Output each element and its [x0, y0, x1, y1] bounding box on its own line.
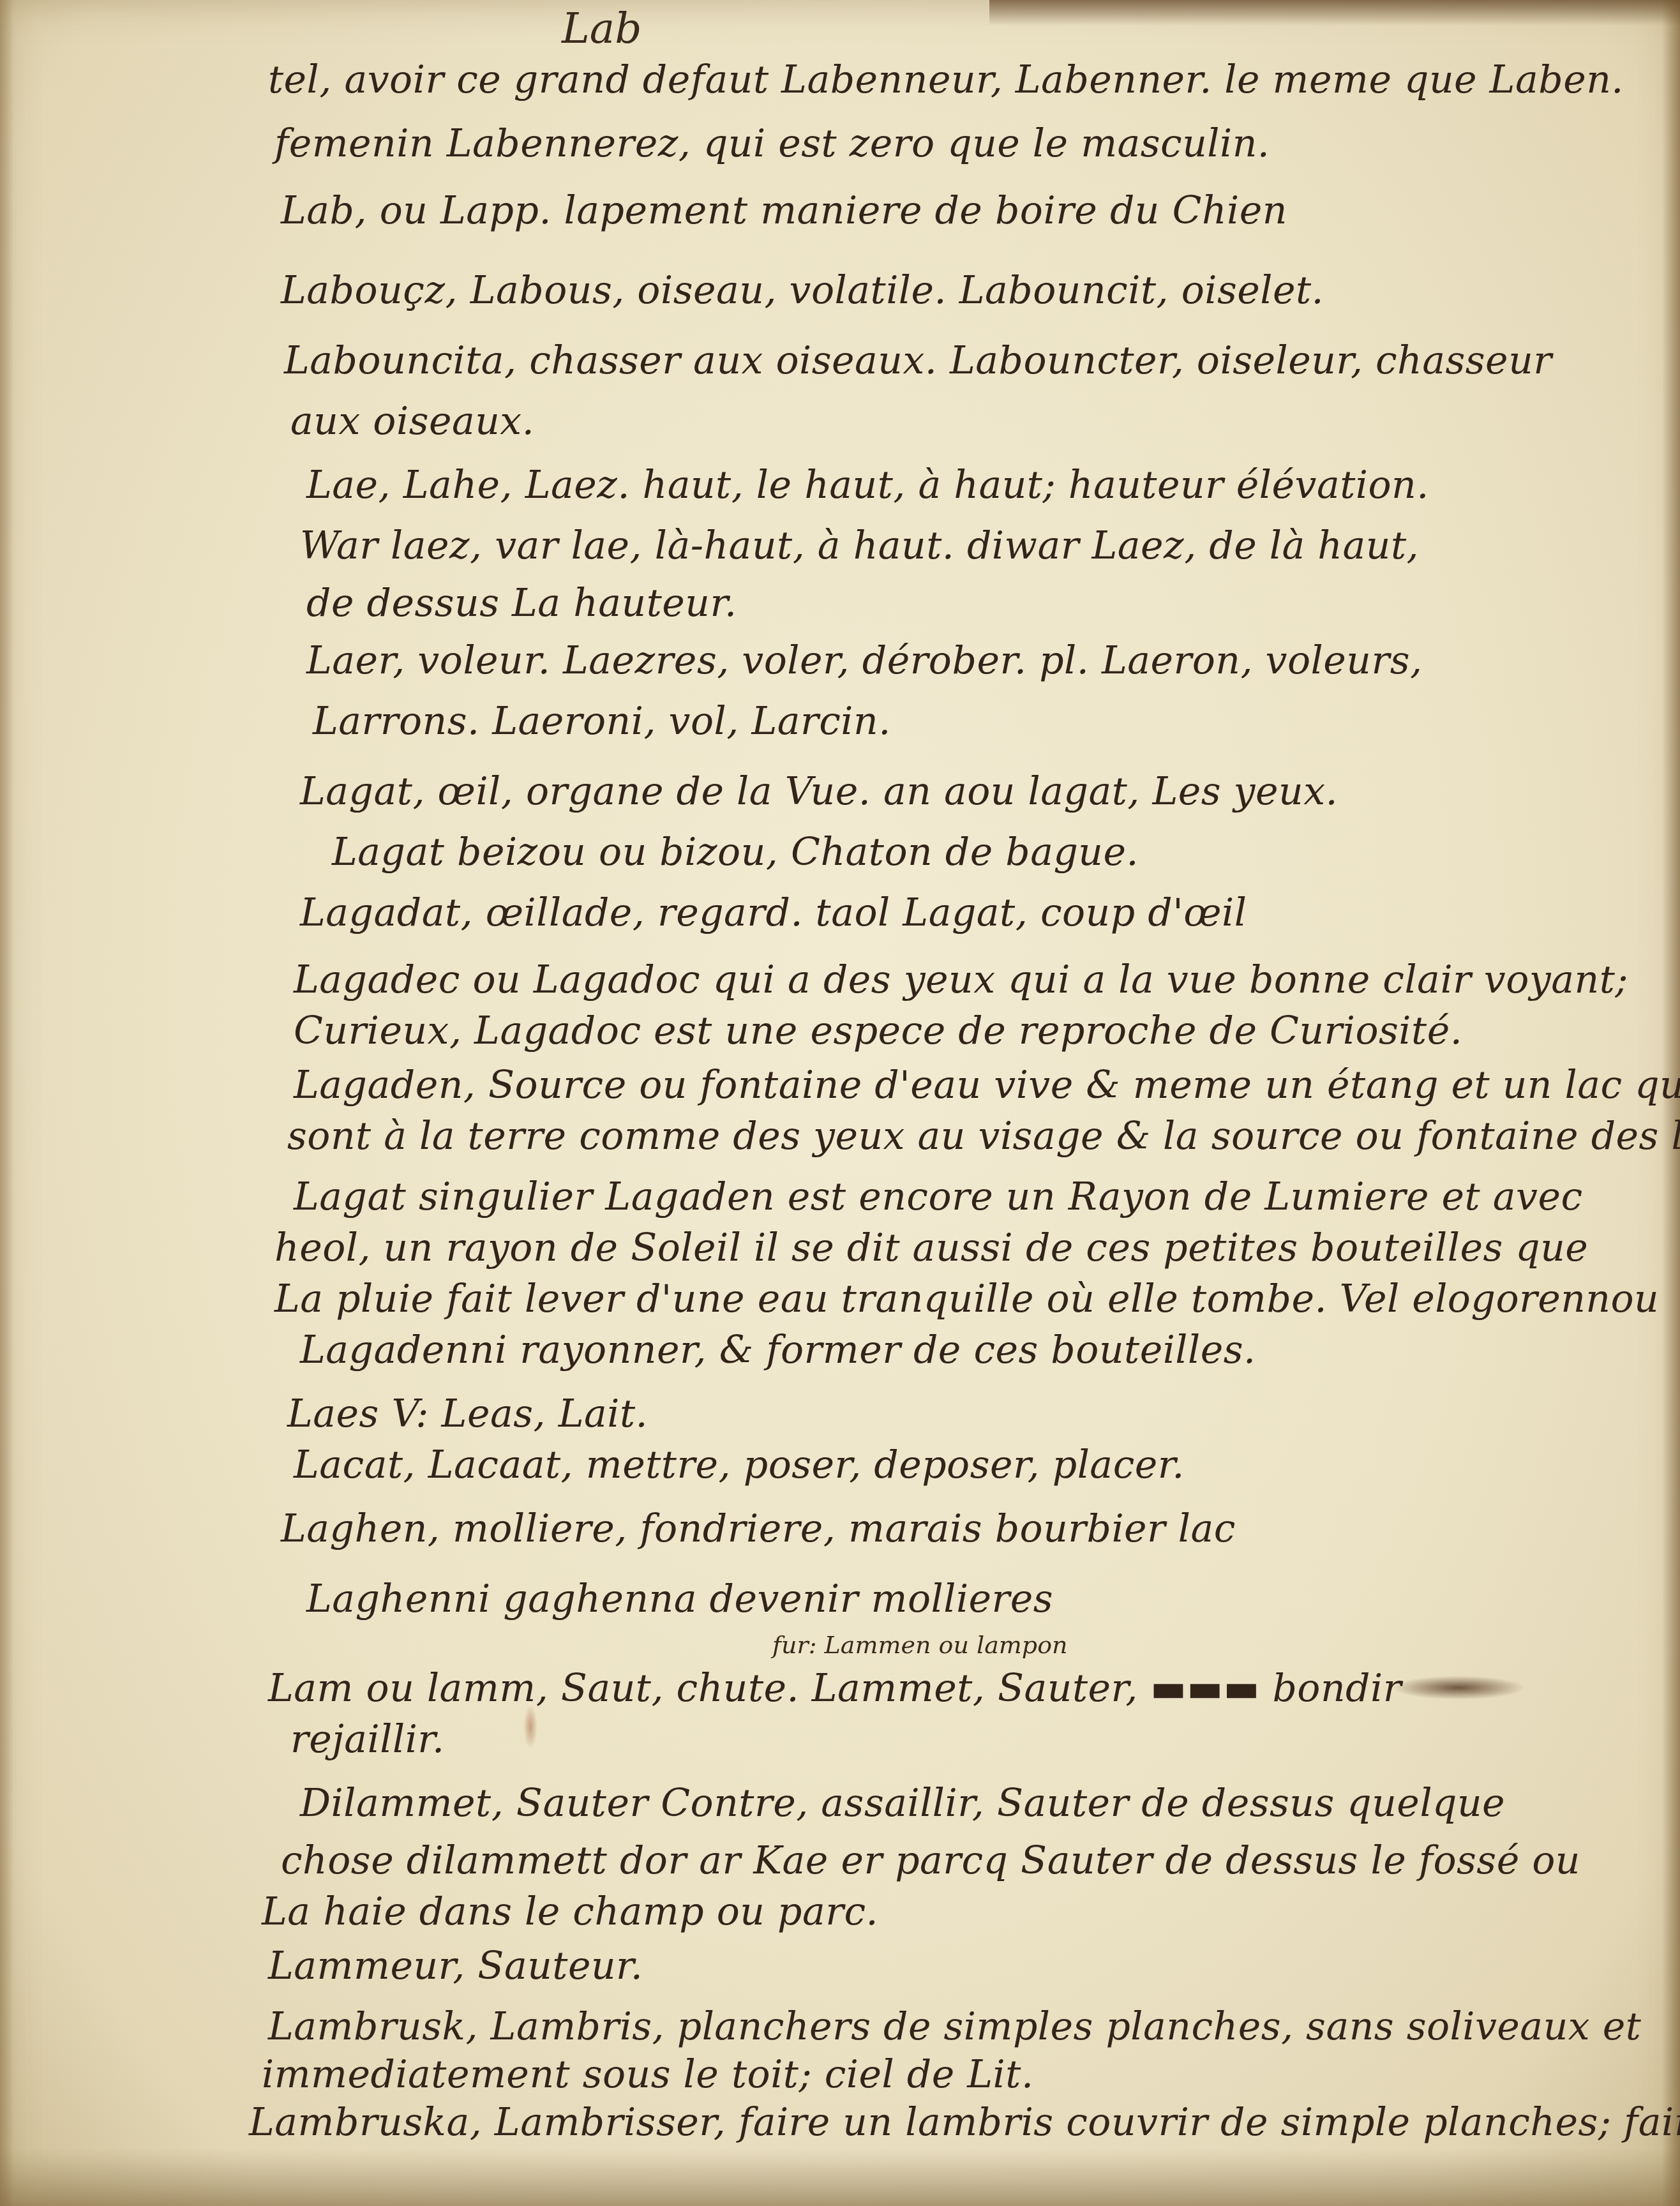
rust-stain [523, 1704, 537, 1749]
manuscript-line: Laes V: Leas, Lait. [287, 1392, 648, 1436]
manuscript-line: heol, un rayon de Soleil il se dit aussi… [274, 1226, 1588, 1270]
manuscript-line: Lagat beizou ou bizou, Chaton de bague. [332, 830, 1139, 874]
left-page-edge [0, 0, 14, 2206]
manuscript-line: Dilammet, Sauter Contre, assaillir, Saut… [300, 1781, 1505, 1826]
bottom-water-stain [0, 2149, 1680, 2206]
manuscript-line: Lagadec ou Lagadoc qui a des yeux qui a … [294, 957, 1628, 1002]
manuscript-line: rejaillir. [290, 1717, 444, 1762]
manuscript-line: Lagadat, œillade, regard. taol Lagat, co… [300, 890, 1247, 935]
manuscript-line: Labouncita, chasser aux oiseaux. Labounc… [284, 338, 1552, 383]
manuscript-page: Lab tel, avoir ce grand defaut Labenneur… [0, 0, 1680, 2206]
manuscript-line: tel, avoir ce grand defaut Labenneur, La… [268, 57, 1624, 102]
manuscript-line: Lagat, œil, organe de la Vue. an aou lag… [300, 769, 1338, 814]
manuscript-line: Curieux, Lagadoc est une espece de repro… [294, 1009, 1462, 1053]
manuscript-line: Lagat singulier Lagaden est encore un Ra… [294, 1174, 1583, 1219]
manuscript-line: Lagaden, Source ou fontaine d'eau vive &… [294, 1063, 1680, 1107]
manuscript-line: femenin Labennerez, qui est zero que le … [274, 121, 1270, 166]
manuscript-line: Laghenni gaghenna devenir mollieres [306, 1577, 1053, 1621]
manuscript-line: Labouçz, Labous, oiseau, volatile. Labou… [281, 268, 1324, 313]
manuscript-line: Lam ou lamm, Saut, chute. Lammet, Sauter… [268, 1666, 1402, 1711]
manuscript-line: La pluie fait lever d'une eau tranquille… [274, 1277, 1659, 1321]
manuscript-line: Lacat, Lacaat, mettre, poser, deposer, p… [294, 1443, 1185, 1487]
manuscript-line: Laer, voleur. Laezres, voler, dérober. p… [306, 638, 1423, 683]
manuscript-line: Lab, ou Lapp. lapement maniere de boire … [281, 188, 1287, 233]
manuscript-line: La haie dans le champ ou parc. [262, 1889, 878, 1934]
manuscript-line: sont à la terre comme des yeux au visage… [287, 1114, 1680, 1159]
manuscript-line: Lammeur, Sauteur. [268, 1944, 643, 1988]
ink-smudge-strikeout [1391, 1676, 1526, 1700]
manuscript-line: immediatement sous le toit; ciel de Lit. [262, 2052, 1033, 2097]
manuscript-line: chose dilammett dor ar Kae er parcq Saut… [281, 1838, 1580, 1883]
manuscript-line: de dessus La hauteur. [306, 581, 737, 626]
page-header-letters: Lab [562, 4, 641, 53]
interlinear-note: fur: Lammen ou lampon [772, 1631, 1068, 1659]
manuscript-line: Lambrusk, Lambris, planchers de simples … [268, 2004, 1641, 2049]
manuscript-line: Lae, Lahe, Laez. haut, le haut, à haut; … [306, 463, 1429, 507]
manuscript-line: aux oiseaux. [290, 399, 534, 444]
top-edge-stain [989, 0, 1680, 26]
manuscript-line: Laghen, molliere, fondriere, marais bour… [281, 1506, 1236, 1551]
manuscript-line: Lagadenni rayonner, & former de ces bout… [300, 1328, 1256, 1372]
manuscript-line: War laez, var lae, là-haut, à haut. diwa… [300, 523, 1419, 568]
manuscript-line: Larrons. Laeroni, vol, Larcin. [313, 699, 891, 744]
manuscript-line: Lambruska, Lambrisser, faire un lambris … [249, 2100, 1680, 2145]
